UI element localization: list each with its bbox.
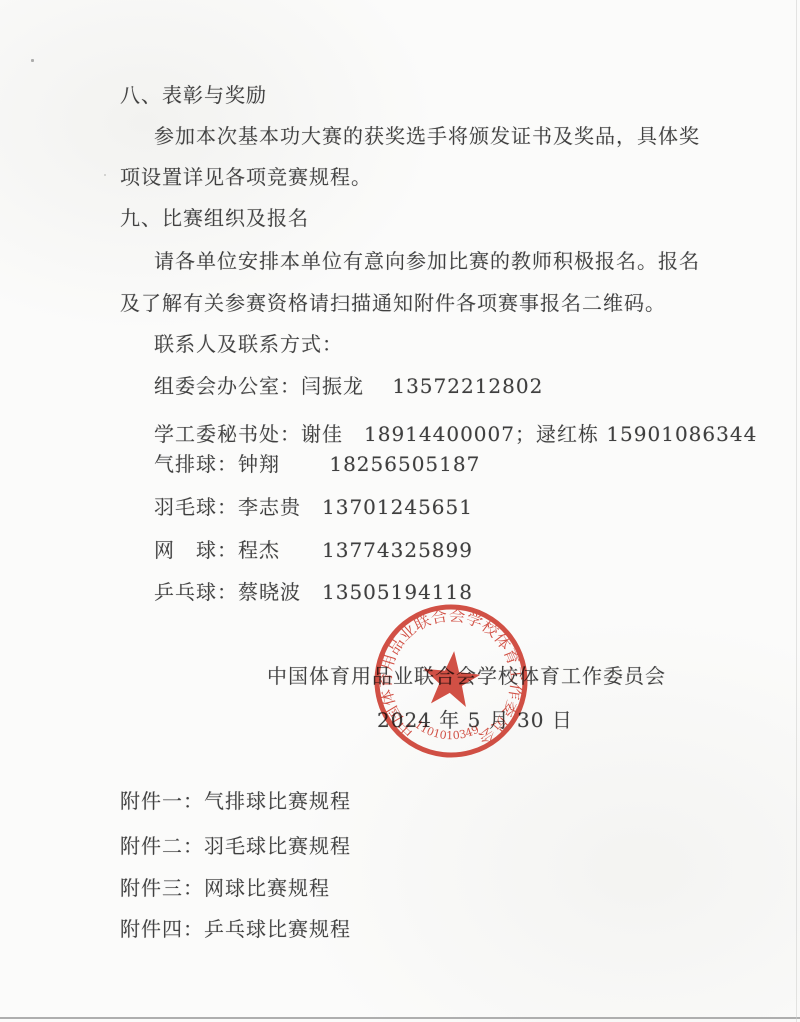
attachment-4: 附件四：乒乓球比赛规程 (120, 917, 351, 941)
section-9-paragraph-line-2: 及了解有关参赛资格请扫描通知附件各项赛事报名二维码。 (120, 291, 666, 315)
seal-serial-number: 1101010349 (411, 716, 482, 746)
scanned-document-page: 八、表彰与奖励 参加本次基本功大赛的获奖选手将颁发证书及奖品，具体奖 项设置详见… (0, 0, 800, 1022)
scan-speck (31, 59, 34, 62)
contact-line-organizing-office: 组委会办公室：闫振龙 13572212802 (154, 374, 543, 398)
scan-edge-right (796, 0, 797, 1022)
attachment-3: 附件三：网球比赛规程 (120, 876, 330, 900)
section-9-paragraph-line-1: 请各单位安排本单位有意向参加比赛的教师积极报名。报名 (154, 249, 700, 273)
scan-edge-bottom (0, 1017, 800, 1019)
section-8-paragraph-line-2: 项设置详见各项竞赛规程。 (120, 165, 372, 189)
attachment-2: 附件二：羽毛球比赛规程 (120, 834, 351, 858)
seal-star-icon (420, 648, 482, 708)
contact-line-tennis: 网 球：程杰 13774325899 (154, 538, 473, 562)
seal-serial-container: 1101010349 (411, 716, 482, 746)
section-8-heading: 八、表彰与奖励 (120, 83, 267, 107)
attachment-1: 附件一：气排球比赛规程 (120, 789, 351, 813)
official-seal: 中国体育用品业联合会学校体育工作委员会 1101010349 (363, 591, 539, 771)
contacts-heading: 联系人及联系方式： (154, 332, 343, 356)
contact-line-air-volleyball: 气排球：钟翔 18256505187 (154, 452, 480, 476)
section-8-paragraph-line-1: 参加本次基本功大赛的获奖选手将颁发证书及奖品，具体奖 (154, 124, 700, 148)
contact-line-secretariat: 学工委秘书处：谢佳 18914400007；逯红栋 15901086344 (154, 422, 757, 446)
contact-line-badminton: 羽毛球：李志贵 13701245651 (154, 495, 473, 519)
scan-speck (104, 174, 106, 176)
section-9-heading: 九、比赛组织及报名 (120, 206, 309, 230)
